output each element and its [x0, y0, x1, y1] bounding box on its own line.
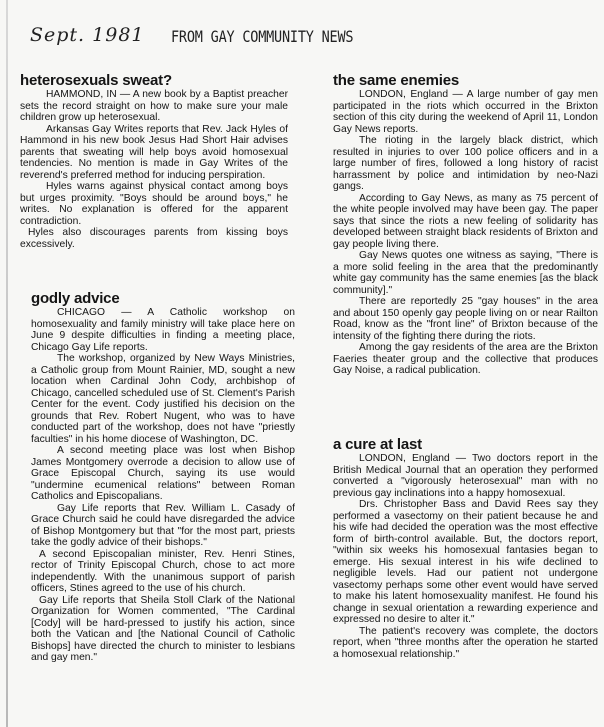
- article-paragraph: Drs. Christopher Bass and David Rees say…: [333, 499, 598, 626]
- article-headline: the same enemies: [333, 73, 598, 89]
- masthead-source: FROM GAY COMMUNITY NEWS: [171, 28, 353, 46]
- article-headline: heterosexuals sweat?: [20, 73, 288, 89]
- article-paragraph: HAMMOND, IN — A new book by a Baptist pr…: [20, 89, 288, 124]
- article-a-cure-at-last: a cure at last LONDON, England — Two doc…: [333, 437, 598, 660]
- article-paragraph: Hyles warns against physical contact amo…: [20, 181, 288, 227]
- article-godly-advice: godly advice CHICAGO — A Catholic worksh…: [31, 291, 295, 664]
- article-paragraph: The workshop, organized by New Ways Mini…: [31, 353, 295, 445]
- article-paragraph: CHICAGO — A Catholic workshop on homosex…: [31, 307, 295, 353]
- article-paragraph: The rioting in the largely black distric…: [333, 135, 598, 193]
- article-paragraph: Gay News quotes one witness as saying, "…: [333, 250, 598, 296]
- article-paragraph: Gay Life reports that Rev. William L. Ca…: [31, 503, 295, 549]
- article-paragraph: Gay Life reports that Sheila Stoll Clark…: [31, 595, 295, 664]
- article-paragraph: Hyles also discourages parents from kiss…: [20, 227, 288, 250]
- article-paragraph: A second Episcopalian minister, Rev. Hen…: [31, 549, 295, 595]
- article-the-same-enemies: the same enemies LONDON, England — A lar…: [333, 73, 598, 377]
- article-paragraph: Arkansas Gay Writes reports that Rev. Ja…: [20, 124, 288, 182]
- article-paragraph: Among the gay residents of the area are …: [333, 342, 598, 377]
- article-heterosexuals-sweat: heterosexuals sweat? HAMMOND, IN — A new…: [20, 73, 288, 250]
- article-headline: a cure at last: [333, 437, 598, 453]
- article-paragraph: LONDON, England — Two doctors report in …: [333, 453, 598, 499]
- article-paragraph: LONDON, England — A large number of gay …: [333, 89, 598, 135]
- article-paragraph: The patient's recovery was complete, the…: [333, 626, 598, 661]
- article-paragraph: According to Gay News, as many as 75 per…: [333, 193, 598, 251]
- article-paragraph: There are reportedly 25 "gay houses" in …: [333, 296, 598, 342]
- page-edge: [6, 0, 8, 727]
- article-headline: godly advice: [31, 291, 295, 307]
- article-paragraph: A second meeting place was lost when Bis…: [31, 445, 295, 503]
- handwritten-date: Sept. 1981: [30, 24, 145, 46]
